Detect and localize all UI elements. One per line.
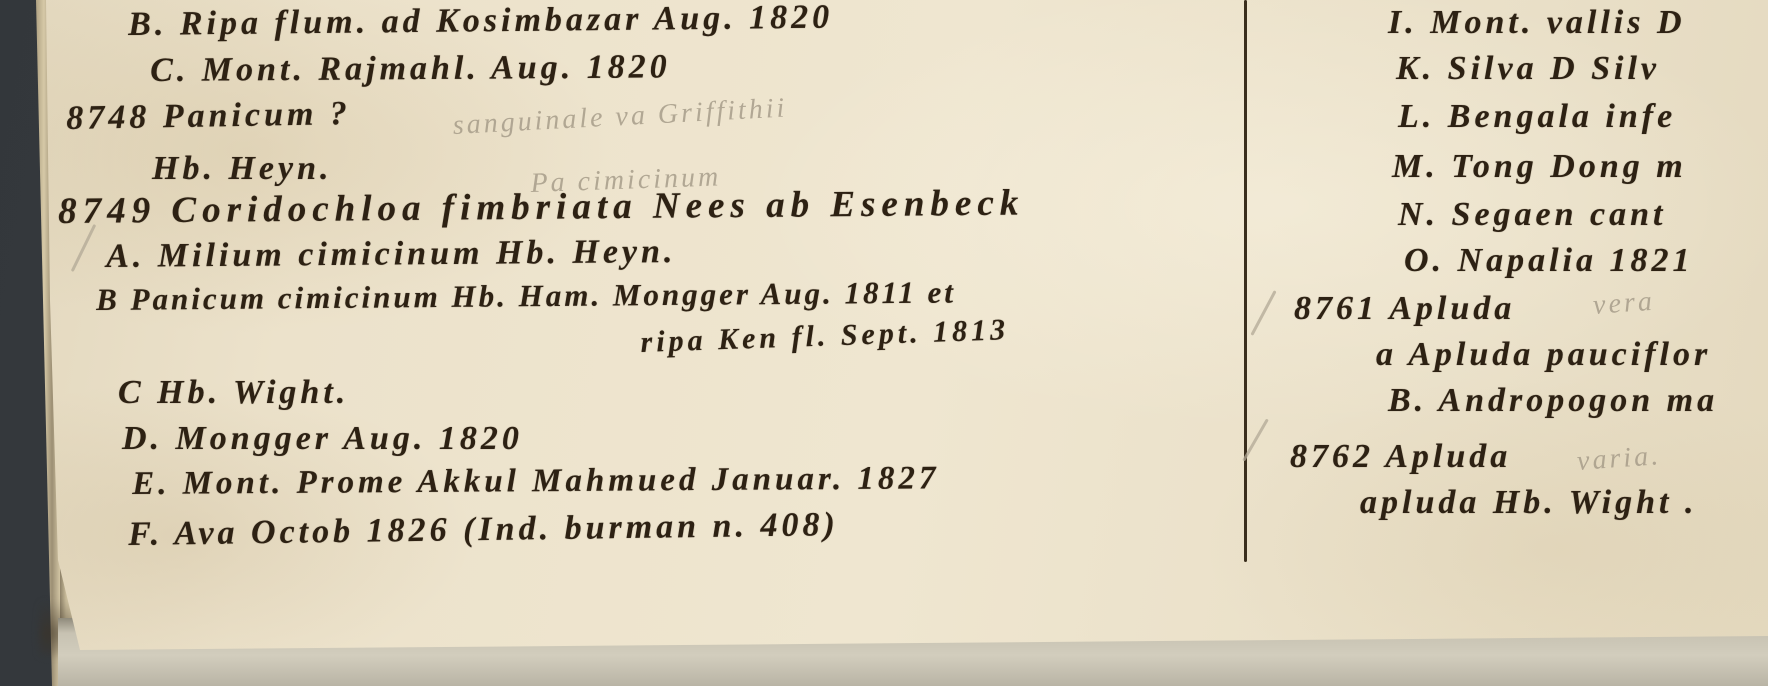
- pencil-checkmark: [1250, 290, 1276, 336]
- line-b-andropogon: B. Andropogon ma: [1388, 382, 1718, 420]
- line-i-mont-vallis: I. Mont. vallis D: [1388, 4, 1686, 42]
- line-apluda-hb-wight: apluda Hb. Wight .: [1360, 484, 1697, 522]
- pencil-annotation-sanguinale: sanguinale va Griffithii: [452, 92, 788, 141]
- line-a-milium-cimicinum: A. Milium cimicinum Hb. Heyn.: [106, 233, 677, 276]
- line-o-napalia: O. Napalia 1821: [1404, 242, 1694, 280]
- line-l-bengala: L. Bengala infe: [1398, 98, 1676, 136]
- entry-number-8761: 8761 Apluda: [1294, 290, 1515, 328]
- line-ripa-ken-fl: ripa Ken fl. Sept. 1813: [640, 313, 1010, 360]
- line-b-panicum-cimicinum: B Panicum cimicinum Hb. Ham. Mongger Aug…: [96, 274, 956, 318]
- line-a-apluda-pauciflor: a Apluda pauciflor: [1376, 336, 1711, 374]
- pencil-annotation-vera: vera: [1592, 286, 1656, 322]
- pencil-annotation-pa-cimicinum: Pa cimicinum: [530, 161, 722, 200]
- entry-number-8762: 8762 Apluda: [1290, 438, 1511, 476]
- line-b-ripa-kosimbazar: B. Ripa flum. ad Kosimbazar Aug. 1820: [128, 0, 833, 44]
- line-e-mont-prome: E. Mont. Prome Akkul Mahmued Januar. 182…: [132, 460, 940, 503]
- manuscript-scan: B. Ripa flum. ad Kosimbazar Aug. 1820 C.…: [0, 0, 1768, 686]
- entry-number-8748: 8748 Panicum ?: [66, 95, 351, 138]
- column-divider-rule: [1244, 0, 1247, 562]
- line-n-segaen: N. Segaen cant: [1398, 196, 1667, 234]
- pencil-annotation-varia: varia.: [1576, 440, 1662, 478]
- line-c-hb-wight: C Hb. Wight.: [118, 374, 349, 412]
- manuscript-page: B. Ripa flum. ad Kosimbazar Aug. 1820 C.…: [0, 0, 1768, 686]
- line-c-mont-rajmahl: C. Mont. Rajmahl. Aug. 1820: [150, 48, 671, 90]
- line-m-tong-dong: M. Tong Dong m: [1392, 148, 1687, 186]
- line-d-mongger: D. Mongger Aug. 1820: [122, 420, 523, 458]
- line-k-silva: K. Silva D Silv: [1396, 50, 1660, 88]
- line-f-ava-octob: F. Ava Octob 1826 (Ind. burman n. 408): [128, 506, 839, 554]
- line-hb-heyn: Hb. Heyn.: [152, 150, 332, 188]
